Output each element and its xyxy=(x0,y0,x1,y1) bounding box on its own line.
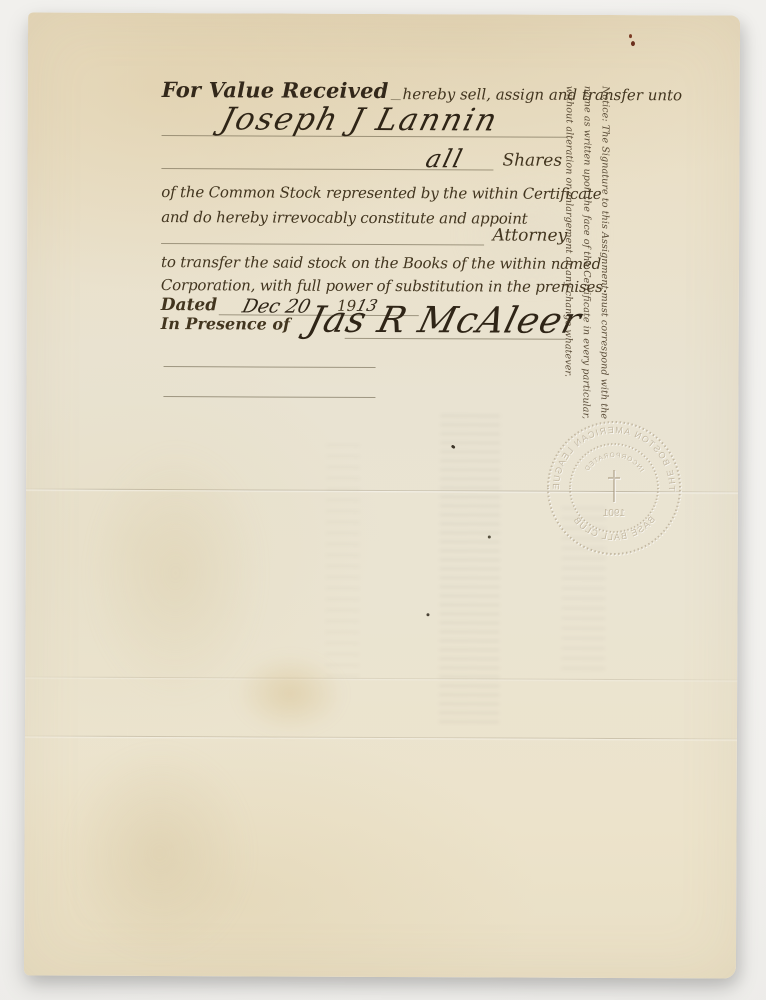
witness-rule-2 xyxy=(163,380,375,398)
showthrough-text-column xyxy=(439,414,500,726)
stain xyxy=(64,743,255,964)
attorney-blank-rule xyxy=(161,225,484,245)
form-text-transfer-books: to transfer the said stock on the Books … xyxy=(161,253,601,273)
ink-speck xyxy=(426,613,429,616)
notice-rotated-text: Notice: The Signature to this Assignment… xyxy=(555,86,613,398)
stain xyxy=(235,653,345,733)
notice-line-1: Notice: The Signature to this Assignment… xyxy=(594,86,613,398)
shares-label: Shares xyxy=(493,150,562,170)
notice-line-3: without alteration or enlargement or any… xyxy=(558,86,577,398)
shares-amount-line: all xyxy=(161,136,493,170)
form-line-shares: all Shares xyxy=(161,137,567,171)
ink-speck xyxy=(629,34,632,38)
notice-line-2: name as written upon the face of the Cer… xyxy=(576,86,595,398)
certificate-back-paper: For Value Received hereby sell, assign a… xyxy=(24,12,740,978)
showthrough-text-column xyxy=(325,444,360,684)
ink-speck xyxy=(488,535,491,538)
embossed-corporate-seal: THE BOSTON AMERICAN LEAGUE BASE BALL CLU… xyxy=(544,418,685,559)
attorney-label: Attorney xyxy=(484,225,567,245)
svg-text:1901: 1901 xyxy=(602,508,625,519)
shares-amount-handwritten: all xyxy=(423,144,467,173)
form-text-common-stock: of the Common Stock represented by the w… xyxy=(161,183,601,203)
assignee-name-handwritten: Joseph J Lannin xyxy=(217,101,502,138)
fold-crease-lower xyxy=(25,735,737,741)
form-line-attorney: Attorney xyxy=(161,226,567,246)
ink-speck xyxy=(631,41,635,46)
dated-label: Dated xyxy=(161,295,217,315)
signature-rule xyxy=(345,322,567,340)
in-presence-of-label: In Presence of xyxy=(161,314,290,334)
assignee-name-line: Joseph J Lannin xyxy=(162,99,568,138)
stain xyxy=(85,443,266,704)
witness-rule-1 xyxy=(164,350,376,368)
